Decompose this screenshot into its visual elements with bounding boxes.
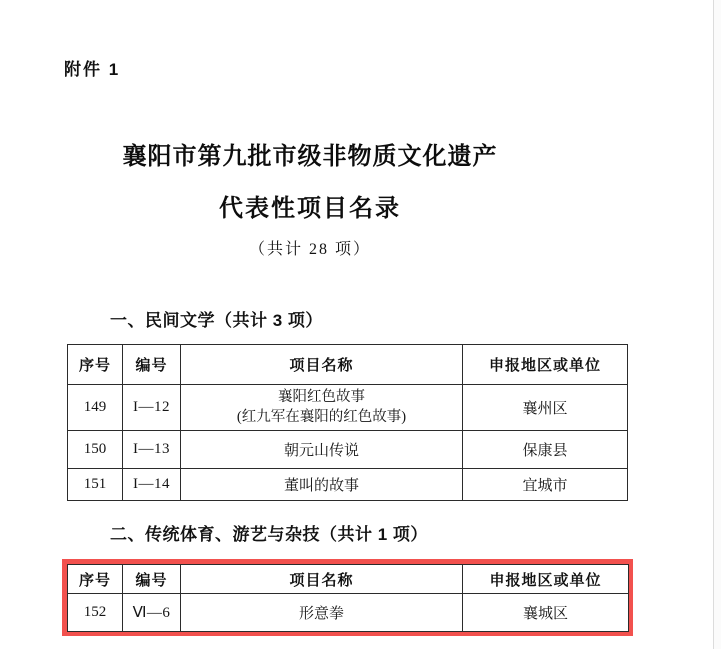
- table-row: 152 Ⅵ—6 形意拳 襄城区: [68, 594, 629, 632]
- col-header-serial: 序号: [68, 345, 123, 385]
- col-header-unit: 申报地区或单位: [463, 345, 628, 385]
- cell-project-name: 襄阳红色故事 (红九军在襄阳的红色故事): [181, 385, 463, 431]
- cell-unit: 襄州区: [463, 385, 628, 431]
- project-name-line2: (红九军在襄阳的红色故事): [183, 408, 460, 428]
- cell-project-name: 董叫的故事: [181, 469, 463, 501]
- cell-serial: 150: [68, 431, 123, 469]
- cell-unit: 宜城市: [463, 469, 628, 501]
- section1-table: 序号 编号 项目名称 申报地区或单位 149 I—12 襄阳红色故事 (红九军在…: [67, 344, 628, 501]
- page-edge-line: [713, 0, 714, 649]
- page-right-strip: [714, 0, 721, 649]
- document-title-line2: 代表性项目名录: [0, 188, 620, 223]
- table-header-row: 序号 编号 项目名称 申报地区或单位: [68, 345, 628, 385]
- col-header-project-name: 项目名称: [181, 345, 463, 385]
- table-row: 151 I—14 董叫的故事 宜城市: [68, 469, 628, 501]
- section1-heading: 一、民间文学（共计 3 项）: [110, 306, 323, 331]
- document-subtitle: （共计 28 项）: [0, 236, 620, 259]
- cell-unit: 襄城区: [463, 594, 629, 632]
- cell-code: I—14: [123, 469, 181, 501]
- cell-project-name: 朝元山传说: [181, 431, 463, 469]
- section2-table: 序号 编号 项目名称 申报地区或单位 152 Ⅵ—6 形意拳 襄城区: [67, 564, 629, 632]
- cell-serial: 149: [68, 385, 123, 431]
- project-name-line1: 襄阳红色故事: [183, 388, 460, 408]
- cell-code: Ⅵ—6: [123, 594, 181, 632]
- cell-serial: 152: [68, 594, 123, 632]
- col-header-serial: 序号: [68, 565, 123, 594]
- cell-unit: 保康县: [463, 431, 628, 469]
- section2-heading: 二、传统体育、游艺与杂技（共计 1 项）: [110, 520, 428, 545]
- table-header-row: 序号 编号 项目名称 申报地区或单位: [68, 565, 629, 594]
- col-header-unit: 申报地区或单位: [463, 565, 629, 594]
- cell-code: I—12: [123, 385, 181, 431]
- table-row: 149 I—12 襄阳红色故事 (红九军在襄阳的红色故事) 襄州区: [68, 385, 628, 431]
- cell-code: I—13: [123, 431, 181, 469]
- col-header-code: 编号: [123, 345, 181, 385]
- highlight-box: 序号 编号 项目名称 申报地区或单位 152 Ⅵ—6 形意拳 襄城区: [62, 559, 633, 636]
- cell-serial: 151: [68, 469, 123, 501]
- table-row: 150 I—13 朝元山传说 保康县: [68, 431, 628, 469]
- document-page: 附件 1 襄阳市第九批市级非物质文化遗产 代表性项目名录 （共计 28 项） 一…: [0, 0, 721, 649]
- document-title-line1: 襄阳市第九批市级非物质文化遗产: [0, 136, 620, 171]
- attachment-label: 附件 1: [64, 55, 120, 80]
- col-header-project-name: 项目名称: [181, 565, 463, 594]
- cell-project-name: 形意拳: [181, 594, 463, 632]
- col-header-code: 编号: [123, 565, 181, 594]
